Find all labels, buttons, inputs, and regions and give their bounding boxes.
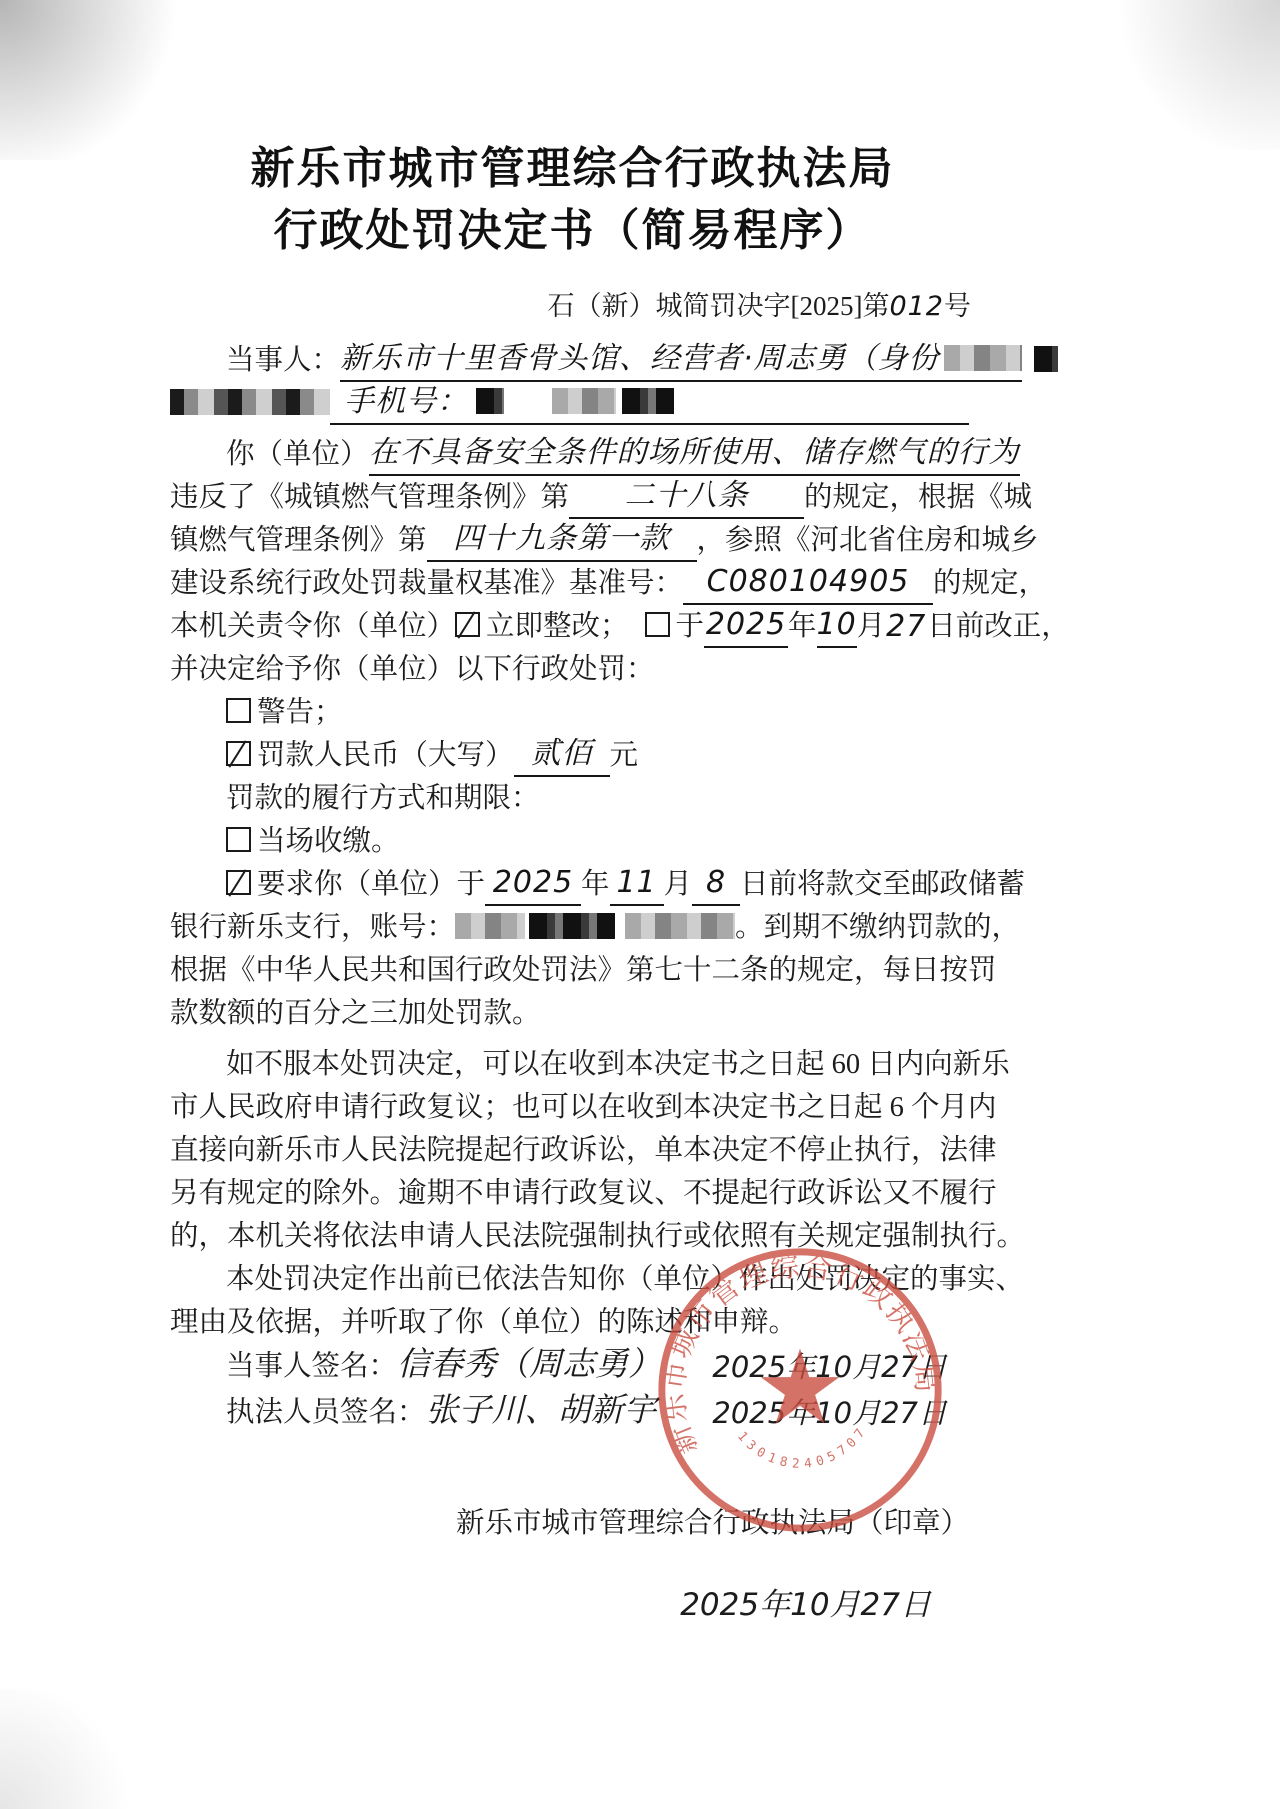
fine-unit: 元 — [610, 740, 639, 771]
violation-line-1: 你（单位）在不具备安全条件的场所使用、储存燃气的行为 — [170, 433, 975, 476]
appeal-line-1: 如不服本处罚决定，可以在收到本决定书之日起 60 日内向新乐 — [170, 1043, 975, 1086]
inform-text-2: 理由及依据，并听取了你（单位）的陈述和申辩。 — [170, 1307, 797, 1338]
fine-method-label: 罚款的履行方式和期限： — [226, 783, 540, 814]
decision-line: 并决定给予你（单位）以下行政处罚： — [170, 648, 975, 691]
officer-signature-row: 执法人员签名：张子川、胡新宇 2025年10月27日 — [170, 1390, 975, 1436]
late-fee-text-2: 款数额的百分之三加处罚款。 — [170, 998, 541, 1029]
late-fee-line-1: 根据《中华人民共和国行政处罚法》第七十二条的规定，每日按罚 — [170, 949, 975, 992]
rectify-day-handwritten: 27 — [886, 609, 926, 644]
violation-handwritten: 在不具备安全条件的场所使用、储存燃气的行为 — [369, 435, 1020, 470]
order-line: 本机关责令你（单位）立即整改；于2025年10月27日前改正， — [170, 605, 975, 648]
document-title: 新乐市城市管理综合行政执法局 行政处罚决定书（简易程序） — [170, 138, 975, 262]
issuer-line: 新乐市城市管理综合行政执法局（印章） — [170, 1500, 975, 1541]
checkbox-fine-checked — [226, 741, 251, 766]
option-deadline-prefix: 于 — [676, 611, 705, 642]
pay-year-handwritten: 2025 — [493, 865, 573, 900]
pay-day-fill: 8 — [692, 863, 740, 906]
rectify-month-fill: 10 — [817, 605, 857, 648]
benchmark-prefix: 建设系统行政处罚裁量权基准》基准号： — [170, 568, 683, 599]
regulation2-prefix: 镇燃气管理条例》第 — [170, 525, 427, 556]
inform-line-2: 理由及依据，并听取了你（单位）的陈述和申辩。 — [170, 1301, 975, 1344]
redacted-phone-1 — [476, 388, 504, 414]
clause-handwritten: 四十九条第一款 — [453, 521, 670, 556]
late-fee-line-2: 款数额的百分之三加处罚款。 — [170, 992, 975, 1035]
phone-fill: 手机号： — [330, 382, 969, 425]
pay-day-handwritten: 8 — [706, 865, 726, 900]
appeal-line-4: 另有规定的除外。逾期不申请行政复议、不提起行政诉讼又不履行 — [170, 1172, 975, 1215]
appeal-line-2: 市人民政府申请行政复议；也可以在收到本决定书之日起 6 个月内 — [170, 1086, 975, 1129]
benchmark-suffix: 的规定， — [933, 568, 1047, 599]
clause-fill: 四十九条第一款 — [427, 519, 697, 562]
pay-month-handwritten: 11 — [616, 865, 656, 900]
inform-line-1: 本处罚决定作出前已依法告知你（单位）作出处罚决定的事实、 — [170, 1258, 975, 1301]
document-content: 新乐市城市管理综合行政执法局 行政处罚决定书（简易程序） 石（新）城简罚决字[2… — [170, 0, 975, 1624]
violation-line-2: 违反了《城镇燃气管理条例》第二十八条的规定，根据《城 — [170, 476, 975, 519]
appeal-text-5: 的，本机关将依法申请人民法院强制执行或依照有关规定强制执行。 — [170, 1221, 1025, 1252]
redacted-id-number — [944, 345, 1022, 371]
scan-shadow-bottom-left — [0, 1689, 160, 1809]
bank-payment-suffix: 日前将款交至邮政储蓄 — [740, 869, 1025, 900]
pay-month-fill: 11 — [610, 863, 664, 906]
party-fill: 新乐市十里香骨头馆、经营者·周志勇（身份 — [340, 339, 1022, 382]
bank-account-suffix: 。到期不缴纳罚款的， — [735, 912, 1020, 943]
option-immediate-rectify: 立即整改； — [486, 611, 629, 642]
party-signature-label: 当事人签名： — [226, 1351, 397, 1382]
redacted-block-left — [170, 389, 330, 415]
pay-year-unit: 年 — [581, 869, 610, 900]
bank-payment-prefix: 要求你（单位）于 — [257, 869, 485, 900]
redacted-phone-3 — [622, 388, 674, 414]
rectify-month-handwritten: 10 — [817, 607, 857, 642]
document-number-prefix: 石（新）城简罚决字[2025]第 — [547, 291, 889, 321]
footer-date-handwritten: 2025年10月27日 — [170, 1579, 975, 1624]
redacted-block — [1034, 346, 1058, 372]
redacted-account-1 — [455, 913, 525, 939]
article-handwritten: 二十八条 — [625, 478, 749, 513]
rectify-day-fill: 27 — [885, 607, 927, 648]
article-fill: 二十八条 — [569, 476, 804, 519]
payment-item-bank: 要求你（单位）于2025年11月8日前将款交至邮政储蓄 — [170, 863, 975, 906]
checkbox-deadline-rectify — [645, 612, 670, 637]
rectify-year-handwritten: 2025 — [706, 607, 786, 642]
order-prefix: 本机关责令你（单位） — [170, 611, 455, 642]
benchmark-fill: C080104905 — [683, 562, 933, 605]
benchmark-number-handwritten: C080104905 — [707, 564, 910, 599]
payment-item-onsite: 当场收缴。 — [170, 820, 975, 863]
onsite-collection-label: 当场收缴。 — [257, 826, 400, 857]
violation-line-4: 建设系统行政处罚裁量权基准》基准号：C080104905的规定， — [170, 562, 975, 605]
penalty-item-warning: 警告； — [170, 691, 975, 734]
violation-line-3: 镇燃气管理条例》第四十九条第一款，参照《河北省住房和城乡 — [170, 519, 975, 562]
title-line-2: 行政处罚决定书（简易程序） — [170, 200, 975, 262]
fine-amount-fill: 贰佰 — [514, 734, 610, 777]
pay-month-unit: 月 — [664, 869, 693, 900]
fine-prefix: 罚款人民币（大写） — [257, 740, 514, 771]
warning-label: 警告； — [257, 697, 343, 728]
officer-signature-date: 2025年10月27日 — [712, 1390, 975, 1436]
officer-signature-handwritten: 张子川、胡新宇 — [426, 1390, 657, 1429]
pay-year-fill: 2025 — [485, 863, 581, 906]
document-number-handwritten: 012 — [889, 291, 944, 322]
appeal-line-3: 直接向新乐市人民法院提起行政诉讼，单本决定不停止执行，法律 — [170, 1129, 975, 1172]
inform-text-1: 本处罚决定作出前已依法告知你（单位）作出处罚决定的事实、 — [226, 1264, 1024, 1295]
document-number-suffix: 号 — [944, 291, 971, 321]
scanned-document-page: 新乐市城市管理综合行政执法局 行政处罚决定书（简易程序） 石（新）城简罚决字[2… — [0, 0, 1280, 1809]
appeal-line-5: 的，本机关将依法申请人民法院强制执行或依照有关规定强制执行。 — [170, 1215, 975, 1258]
checkbox-onsite-collection — [226, 827, 251, 852]
phone-line: 手机号： — [170, 382, 975, 425]
decision-text: 并决定给予你（单位）以下行政处罚： — [170, 654, 655, 685]
violation-prefix: 你（单位） — [226, 439, 369, 470]
appeal-text-3: 直接向新乐市人民法院提起行政诉讼，单本决定不停止执行，法律 — [170, 1135, 997, 1166]
officer-signature-label: 执法人员签名： — [226, 1397, 426, 1428]
party-signature-handwritten: 信春秀（周志勇） — [397, 1344, 661, 1383]
bank-account-prefix: 银行新乐支行，账号： — [170, 912, 455, 943]
appeal-text-1: 如不服本处罚决定，可以在收到本决定书之日起 60 日内向新乐 — [226, 1049, 1010, 1080]
rectify-month-unit: 月 — [857, 611, 886, 642]
rectify-year-unit: 年 — [788, 611, 817, 642]
penalty-item-fine: 罚款人民币（大写）贰佰元 — [170, 734, 975, 777]
order-suffix: 日前改正， — [927, 611, 1070, 642]
fine-amount-handwritten: 贰佰 — [531, 736, 593, 771]
redacted-phone-2 — [552, 388, 616, 414]
scan-shadow-top-right — [1080, 0, 1280, 150]
fine-method-line: 罚款的履行方式和期限： — [170, 777, 975, 820]
regulation-suffix: 的规定，根据《城 — [804, 482, 1032, 513]
document-number: 石（新）城简罚决字[2025]第012号 — [170, 284, 975, 323]
redacted-account-2 — [529, 913, 615, 939]
checkbox-immediate-rectify-checked — [455, 612, 480, 637]
party-label: 当事人： — [226, 345, 340, 376]
checkbox-warning — [226, 698, 251, 723]
rectify-year-fill: 2025 — [704, 605, 788, 648]
late-fee-text-1: 根据《中华人民共和国行政处罚法》第七十二条的规定，每日按罚 — [170, 955, 997, 986]
violation-fill: 在不具备安全条件的场所使用、储存燃气的行为 — [369, 433, 1020, 476]
officer-signature-left: 执法人员签名：张子川、胡新宇 — [226, 1387, 657, 1436]
party-signature-row: 当事人签名：信春秀（周志勇） 2025年10月27日 — [170, 1344, 975, 1390]
appeal-text-2: 市人民政府申请行政复议；也可以在收到本决定书之日起 6 个月内 — [170, 1092, 997, 1123]
title-line-1: 新乐市城市管理综合行政执法局 — [170, 138, 975, 200]
party-line: 当事人：新乐市十里香骨头馆、经营者·周志勇（身份 — [170, 339, 975, 382]
regulation2-suffix: ，参照《河北省住房和城乡 — [697, 525, 1039, 556]
bank-account-line: 银行新乐支行，账号：。到期不缴纳罚款的， — [170, 906, 975, 949]
regulation-prefix: 违反了《城镇燃气管理条例》第 — [170, 482, 569, 513]
party-name-handwritten: 新乐市十里香骨头馆、经营者·周志勇（身份 — [340, 341, 940, 376]
party-signature-date: 2025年10月27日 — [712, 1344, 975, 1390]
party-signature-left: 当事人签名：信春秀（周志勇） — [226, 1341, 661, 1390]
redacted-account-3 — [625, 913, 735, 939]
appeal-text-4: 另有规定的除外。逾期不申请行政复议、不提起行政诉讼又不履行 — [170, 1178, 997, 1209]
checkbox-bank-payment-checked — [226, 870, 251, 895]
phone-label-handwritten: 手机号： — [344, 384, 468, 419]
